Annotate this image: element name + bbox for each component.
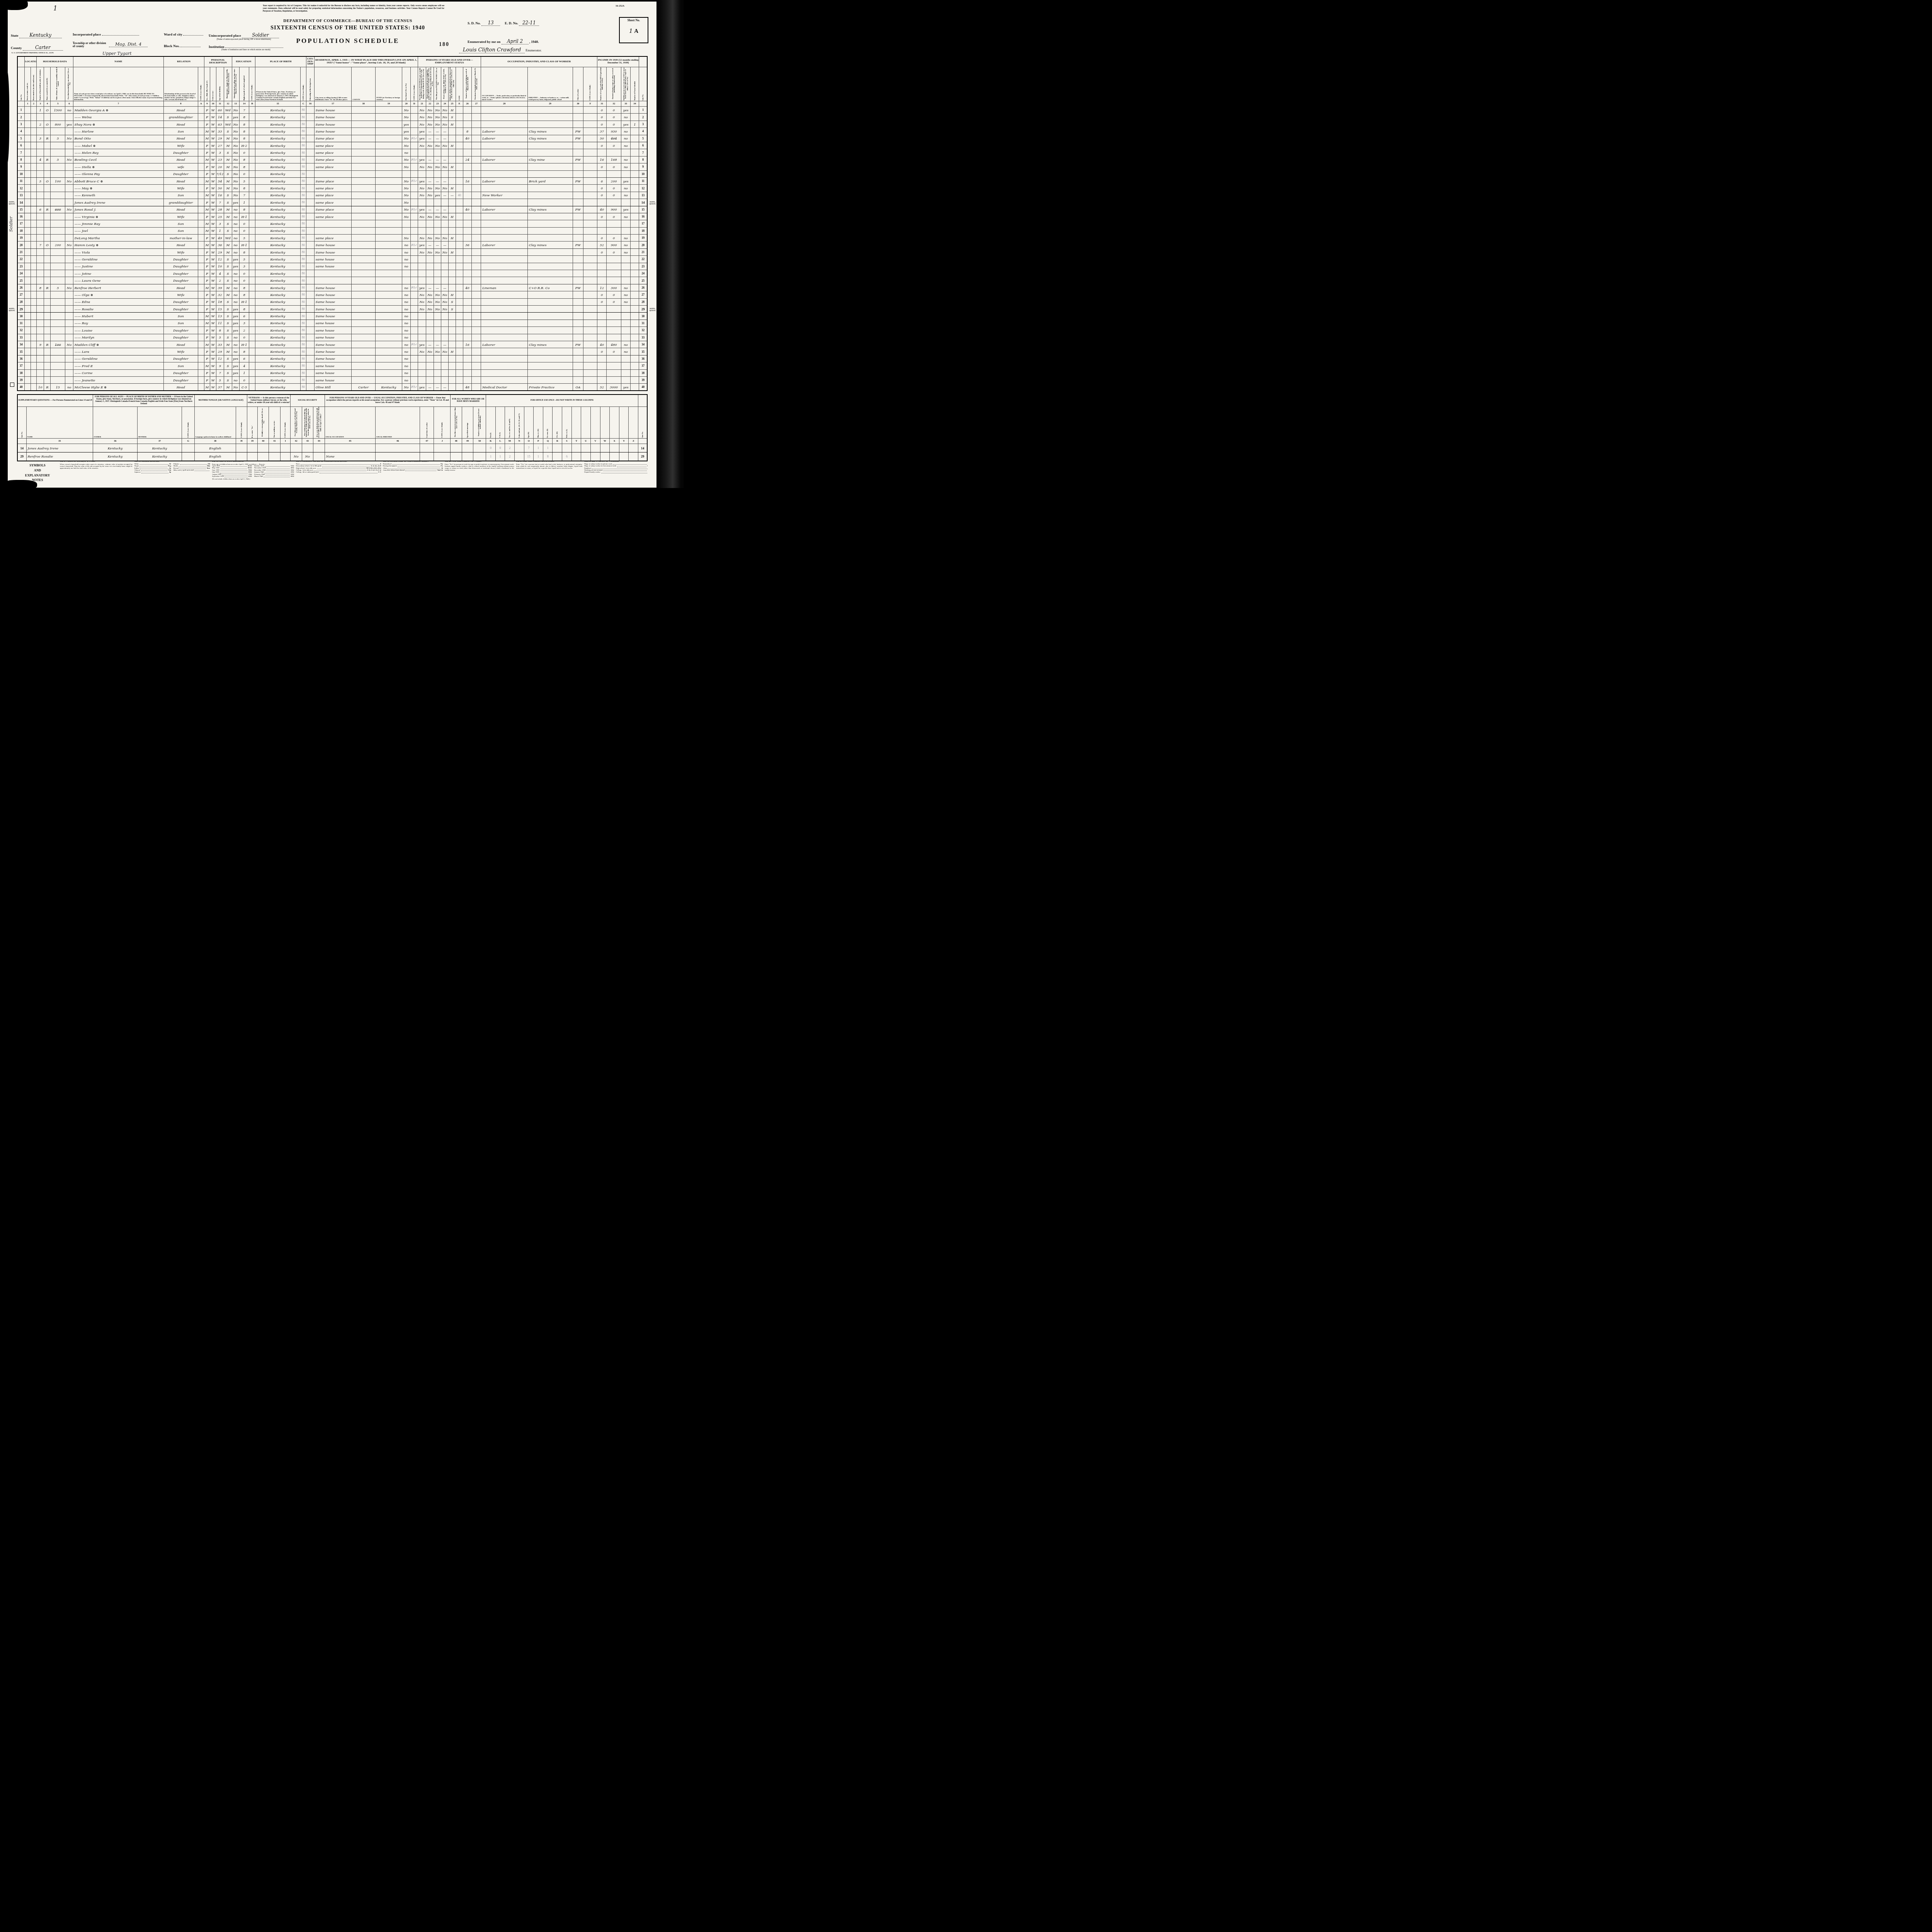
cell-rel: Son: [163, 362, 198, 369]
cell-w21: No: [418, 107, 426, 114]
cell-cD: [411, 376, 418, 383]
cell-ind: [527, 320, 573, 327]
cell-val: [51, 128, 65, 135]
legal-notice: Your report is required by Act of Congre…: [263, 5, 444, 12]
cell-bp: Kentucky: [255, 192, 300, 199]
cell-name: —— Lara: [73, 348, 163, 355]
column-description-w24: If not seeking work, did he HAVE A JOB, …: [441, 67, 449, 101]
cell-r17: same house: [314, 362, 351, 369]
cell-w21: [418, 334, 426, 341]
cell-mar: S: [224, 369, 232, 376]
cell-mar: M: [224, 241, 232, 248]
cell-sex: M: [204, 341, 210, 348]
cell-race: W: [210, 213, 216, 220]
county-label: County: [11, 46, 22, 50]
cell-w23: [434, 277, 441, 284]
cell-sex: F: [204, 355, 210, 362]
column-number-X: X: [610, 439, 619, 444]
cell-O: 7: [524, 444, 534, 452]
cell-own: [44, 185, 51, 192]
cell-r20: no: [402, 256, 410, 263]
cell-N: [514, 452, 524, 461]
cell-ind: [527, 185, 573, 192]
cell-hh: [37, 355, 44, 362]
cell-name: Jones Audrey Irene: [73, 199, 163, 206]
cell-cA: [198, 235, 204, 241]
column-description-rel: Relationship of this person to the head …: [163, 67, 198, 101]
cell-cA: [198, 199, 204, 206]
cell-dur: [472, 149, 481, 156]
column-number-cA: A: [198, 101, 204, 107]
cell-cF: [583, 177, 597, 184]
cell-dur: [472, 263, 481, 270]
cell-w22: —: [426, 156, 434, 163]
cell-U: [581, 444, 591, 452]
cell-T: [571, 452, 581, 461]
cell-fno: [631, 149, 639, 156]
cell-r17: Same house: [314, 313, 351, 320]
cell-w24: No: [441, 298, 449, 305]
cell-cA: [198, 227, 204, 234]
cell-hh: [37, 369, 44, 376]
cell-r19: [376, 241, 402, 248]
cell-val: 800: [51, 121, 65, 128]
cell-r18: [352, 348, 376, 355]
cell-bp: Kentucky: [255, 149, 300, 156]
cell-cE: [456, 114, 463, 121]
cell-st: [25, 163, 31, 170]
cell-age: 63: [216, 121, 224, 128]
cell-cF: [583, 320, 597, 327]
cell-mar: S: [224, 199, 232, 206]
cell-cC: 80: [300, 177, 306, 184]
cell-cls: PW: [573, 128, 583, 135]
cell-wks: [597, 270, 607, 277]
table-row: 18—— JoelSonMW1Sno0Kentucky8018: [17, 227, 647, 234]
cell-w22: No: [426, 213, 434, 220]
cell-cit: [306, 313, 315, 320]
cell-w22: —: [426, 284, 434, 291]
cell-hrs: [463, 149, 471, 156]
cell-ln2: 35: [639, 348, 647, 355]
cell-own: [44, 256, 51, 263]
cell-r19: [376, 121, 402, 128]
enumerated-label: Enumerated by me on: [468, 40, 500, 44]
cell-w24: —: [441, 135, 449, 142]
column-number-Y: Y: [619, 439, 629, 444]
cell-farm: [65, 369, 73, 376]
cell-bp: Kentucky: [255, 362, 300, 369]
cell-ind: [527, 291, 573, 298]
column-description-L: V-R (5): [495, 407, 505, 439]
cell-r18: [352, 206, 376, 213]
cell-occ45: [325, 444, 375, 452]
cell-w23: No: [434, 185, 441, 192]
cell-r20: no: [402, 341, 410, 348]
cell-ln2: 34: [639, 341, 647, 348]
cell-r20: no: [402, 241, 410, 248]
cell-ind: C+O R.R. Co: [527, 284, 573, 291]
cell-cls47: [420, 452, 434, 461]
column-number-R: R: [553, 439, 562, 444]
cell-w23: —: [434, 128, 441, 135]
cell-val: [51, 376, 65, 383]
cell-cD: [411, 114, 418, 121]
census-form-sheet: 1 State Kentucky County Carter Incorpora…: [8, 2, 657, 488]
cell-hrs: [463, 163, 471, 170]
cell-val: [51, 170, 65, 177]
cell-r17: same place: [314, 163, 351, 170]
cell-cB: [249, 327, 255, 334]
cell-w22: [426, 263, 434, 270]
cell-w21: yes: [418, 206, 426, 213]
cell-oth: [621, 263, 631, 270]
cell-cit: [306, 256, 315, 263]
cell-wks: 0: [597, 291, 607, 298]
cell-w21: [418, 149, 426, 156]
cell-mar: S: [224, 320, 232, 327]
explanatory-note-block: Col. 10. COLOR OR RACE:WhiteWNegroNegInd…: [134, 461, 210, 486]
cell-r17: same house: [314, 376, 351, 383]
cell-wag: [607, 227, 621, 234]
cell-mar: S: [224, 114, 232, 121]
cell-hh: [37, 199, 44, 206]
gpo-line: U. S. GOVERNMENT PRINTING OFFICE 16—1157…: [12, 52, 54, 54]
table-row: 14Jones Audrey IrenegranddaughterFW7Syes…: [17, 199, 647, 206]
cell-own: [44, 362, 51, 369]
column-description-v41: War or military service: [269, 407, 281, 439]
column-number-m48: 48: [451, 439, 462, 444]
cell-w25: [449, 284, 456, 291]
cell-ln: 38: [17, 369, 25, 376]
cell-v39: [247, 444, 257, 452]
cell-fno: [631, 156, 639, 163]
cell-w21: No: [418, 291, 426, 298]
cell-own: [44, 376, 51, 383]
cell-mar: S: [224, 256, 232, 263]
cell-val: 1500: [51, 107, 65, 114]
cell-cls: [573, 327, 583, 334]
cell-bp: Kentucky: [255, 369, 300, 376]
cell-cD: [411, 362, 418, 369]
cell-r20: No: [402, 142, 410, 149]
cell-w25: [449, 206, 456, 213]
county-value: Carter: [23, 45, 63, 51]
cell-cD: ✗8✓1: [411, 384, 418, 391]
cell-cD: [411, 305, 418, 312]
cell-dur: [472, 192, 481, 199]
cell-val: 15: [51, 384, 65, 391]
cell-wag: 0: [607, 142, 621, 149]
cell-oth: [621, 334, 631, 341]
cell-cit: [306, 135, 315, 142]
cell-hrs: 16: [463, 341, 471, 348]
cell-w25: S: [449, 114, 456, 121]
cell-farm: [65, 235, 73, 241]
cell-sex: F: [204, 170, 210, 177]
cell-ind: [527, 192, 573, 199]
cell-val: 6̶0̶0̶: [51, 206, 65, 213]
cell-w21: [418, 355, 426, 362]
column-description-occ: OCCUPATION — Trade, profession, or parti…: [481, 67, 527, 101]
cell-w24: —: [441, 177, 449, 184]
cell-cB: [249, 362, 255, 369]
cell-sex: F: [204, 334, 210, 341]
cell-cD: [411, 334, 418, 341]
cell-w24: [441, 355, 449, 362]
cell-bp: Kentucky: [255, 177, 300, 184]
cell-hrs: [463, 376, 471, 383]
cell-ln: 3: [17, 121, 25, 128]
cell-hn: [31, 277, 36, 284]
cell-r18: [352, 369, 376, 376]
cell-hn: [31, 235, 36, 241]
cell-cA: [198, 256, 204, 263]
cell-w25: [449, 220, 456, 227]
cell-w21: [418, 220, 426, 227]
cell-hrs: [463, 199, 471, 206]
cell-dur: [472, 298, 481, 305]
cell-st: [25, 241, 31, 248]
cell-cD: [411, 107, 418, 114]
cell-wag: [607, 170, 621, 177]
cell-bp: Kentucky: [255, 199, 300, 206]
column-description-v39: If so, enter "Yes": [247, 407, 257, 439]
cell-st: [25, 177, 31, 184]
cell-dur: [472, 213, 481, 220]
cell-ind46: [376, 444, 420, 452]
column-description-age: Age at last birthday: [216, 67, 224, 101]
column-description-cJ: CODE (Leave blank): [434, 407, 451, 439]
cell-cls: [573, 170, 583, 177]
township-extra-note: Upper Tygart: [102, 51, 131, 56]
cell-name: —— May ⊗: [73, 185, 163, 192]
cell-wag: 200: [607, 177, 621, 184]
cell-mar: M: [224, 177, 232, 184]
cell-r20: No: [402, 213, 410, 220]
cell-val: [51, 313, 65, 320]
cell-farm: [65, 376, 73, 383]
cell-cD: [411, 313, 418, 320]
cell-wks: 0: [597, 185, 607, 192]
cell-cit: [306, 149, 315, 156]
cell-w23: No: [434, 305, 441, 312]
cell-wks: [597, 320, 607, 327]
main-table-area: LOCATIONHOUSEHOLD DATANAMERELATIONPERSON…: [17, 56, 648, 391]
cell-r19: [376, 206, 402, 213]
ed-label: E. D. No.: [505, 21, 518, 25]
institution-label: Institution: [209, 45, 224, 49]
cell-r19: [376, 213, 402, 220]
cell-r20: No: [402, 199, 410, 206]
cell-r18: [352, 270, 376, 277]
cell-wks: 0: [597, 213, 607, 220]
cell-wag: [607, 270, 621, 277]
cell-bp: Kentucky: [255, 114, 300, 121]
cell-st: [25, 298, 31, 305]
cell-st: [25, 248, 31, 255]
cell-hh: 7: [37, 241, 44, 248]
cell-cA: [198, 334, 204, 341]
cell-race: W: [210, 206, 216, 213]
cell-mar: S: [224, 270, 232, 277]
cell-cB: [249, 192, 255, 199]
cell-wks: [597, 376, 607, 383]
cell-hn: [31, 149, 36, 156]
cell-hn: [31, 327, 36, 334]
cell-own: [44, 248, 51, 255]
cell-w21: [418, 170, 426, 177]
cell-r18: [352, 256, 376, 263]
cell-cB: [249, 248, 255, 255]
cell-own: R: [44, 384, 51, 391]
cell-wks: [597, 355, 607, 362]
cell-dur: [472, 114, 481, 121]
cell-r19: Kentucky: [376, 384, 402, 391]
cell-wks: [597, 362, 607, 369]
cell-r17: Same house: [314, 107, 351, 114]
cell-cC: 80: [300, 235, 306, 241]
cell-cD: [411, 121, 418, 128]
cell-farm: [65, 170, 73, 177]
cell-cC: 80: [300, 305, 306, 312]
table-row: 10—— Glenna FayDaughterFW7/12SNo0Kentuck…: [17, 170, 647, 177]
cell-cF: [583, 341, 597, 348]
cell-w25: [449, 241, 456, 248]
cell-w21: No: [418, 305, 426, 312]
cell-grd: 0: [239, 227, 249, 234]
column-number-cit: 16: [306, 101, 315, 107]
column-number-N: N: [514, 439, 524, 444]
cell-occ: [481, 199, 527, 206]
cell-r19: [376, 177, 402, 184]
cell-farm: no: [65, 107, 73, 114]
scan-edge-right: [656, 0, 684, 508]
cell-occ: [481, 256, 527, 263]
cell-name: —— Geraldine: [73, 256, 163, 263]
cell-cit: [306, 298, 315, 305]
cell-name: Bond Otto: [73, 135, 163, 142]
cell-race: W: [210, 142, 216, 149]
cell-val: [51, 362, 65, 369]
cell-cit: [306, 284, 315, 291]
cell-occ: [481, 327, 527, 334]
cell-w21: [418, 313, 426, 320]
cell-val: 5: [51, 135, 65, 142]
cell-r19: [376, 320, 402, 327]
cell-occ: [481, 248, 527, 255]
cell-r19: [376, 135, 402, 142]
cell-dur: [472, 156, 481, 163]
cell-grd: 0: [239, 376, 249, 383]
cell-hh: [37, 298, 44, 305]
cell-mar: S: [224, 313, 232, 320]
column-number-ind: 29: [527, 101, 573, 107]
column-number-val: 5: [51, 101, 65, 107]
cell-dur: [472, 248, 481, 255]
cell-w22: No: [426, 192, 434, 199]
cell-oth: no: [621, 185, 631, 192]
cell-farm: [65, 256, 73, 263]
cell-r18: [352, 284, 376, 291]
cell-occ: [481, 348, 527, 355]
cell-cls: [573, 213, 583, 220]
cell-fno: [631, 227, 639, 234]
cell-r18: [352, 263, 376, 270]
cell-oth: no: [621, 348, 631, 355]
cell-ln: 35: [17, 348, 25, 355]
cell-bp: Kentucky: [255, 277, 300, 284]
cell-w22: [426, 170, 434, 177]
cell-ln: 17: [17, 220, 25, 227]
cell-cit: [306, 177, 315, 184]
cell-cit: [306, 199, 315, 206]
cell-race: W: [210, 284, 216, 291]
ward-label: Ward of city: [164, 32, 182, 36]
cell-bp: Kentucky: [255, 121, 300, 128]
stamp-number: 180: [439, 42, 449, 48]
cell-own: [44, 270, 51, 277]
cell-st: [25, 199, 31, 206]
cell-ln2: 16: [639, 213, 647, 220]
cell-rel: Wife: [163, 142, 198, 149]
scan-blot: [8, 71, 9, 164]
cell-cls: [573, 220, 583, 227]
cell-cit: [306, 334, 315, 341]
sd-value: 13: [481, 20, 500, 26]
cell-mar: M: [224, 348, 232, 355]
cell-bp: Kentucky: [255, 291, 300, 298]
cell-w25: [449, 170, 456, 177]
cell-sch: no: [232, 376, 239, 383]
cell-val: [51, 355, 65, 362]
cell-grd: 0: [239, 270, 249, 277]
cell-sch: no: [232, 277, 239, 284]
cell-lnS: 14: [17, 444, 26, 452]
cell-cC: 80: [300, 170, 306, 177]
cell-w23: [434, 220, 441, 227]
cell-wks: [597, 327, 607, 334]
cell-cD: [411, 185, 418, 192]
cell-cG: [182, 452, 195, 461]
cell-oth: [621, 362, 631, 369]
cell-hh: [37, 320, 44, 327]
cell-cB: [249, 156, 255, 163]
cell-X: [610, 452, 619, 461]
cell-st: [25, 192, 31, 199]
cell-cB: [249, 241, 255, 248]
cell-w22: No: [426, 298, 434, 305]
cell-rel: Daughter: [163, 355, 198, 362]
column-description-dur: Duration of unemployment up to March 30,…: [472, 67, 481, 101]
cell-own: [44, 199, 51, 206]
state-field: State Kentucky: [11, 32, 62, 38]
column-number-w25: 25: [449, 101, 456, 107]
cell-cF: [583, 313, 597, 320]
cell-mar: S: [224, 220, 232, 227]
explanatory-note-block: Col. 11. AGE AT LAST BIRTHDAY:Enter age …: [212, 461, 294, 486]
cell-st: [25, 277, 31, 284]
cell-r17: Same house: [314, 305, 351, 312]
cell-mar: S: [224, 277, 232, 284]
enumerator-signature: Louis Clifton Crawford: [459, 47, 525, 53]
cell-wag: 0: [607, 298, 621, 305]
cell-cE: [456, 235, 463, 241]
cell-w22: No: [426, 185, 434, 192]
cell-w21: No: [418, 121, 426, 128]
cell-cC: 80: [300, 298, 306, 305]
cell-cit: [306, 270, 315, 277]
